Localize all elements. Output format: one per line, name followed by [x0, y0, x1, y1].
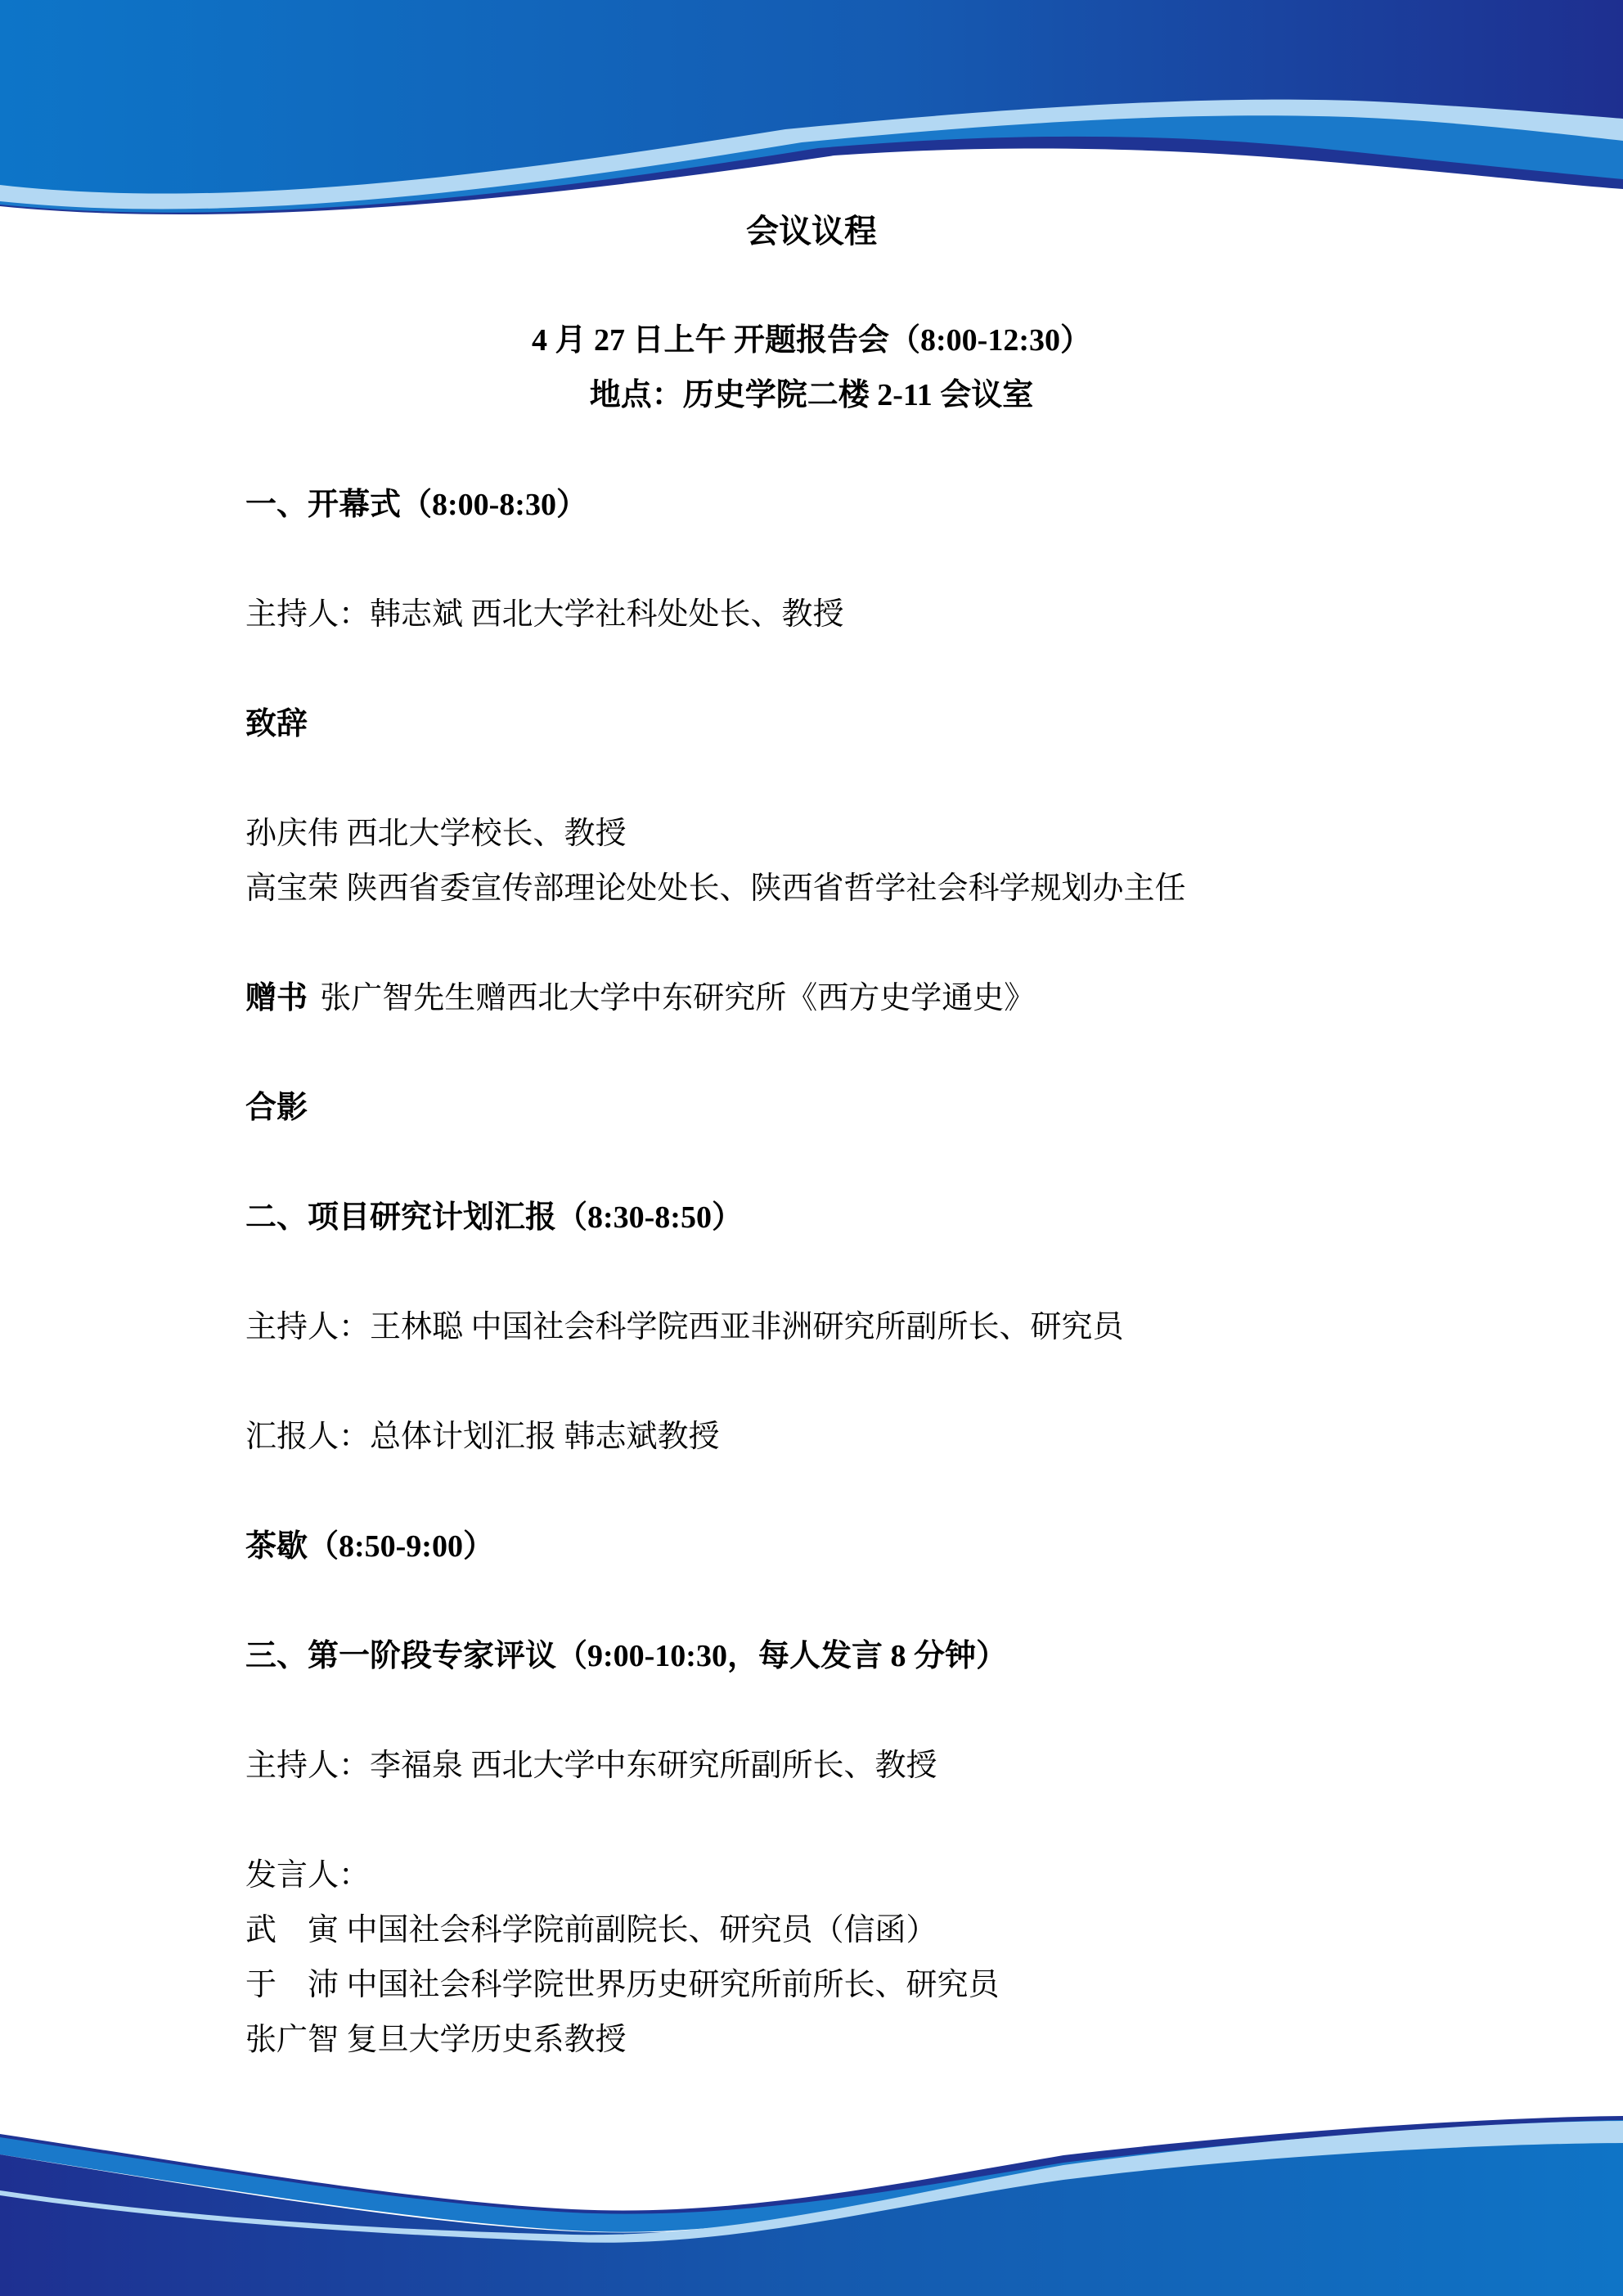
bottom-wave-medium-band — [0, 2120, 1623, 2232]
gift-label: 赠书 — [245, 981, 308, 1015]
speakers-label: 发言人： — [245, 1848, 1378, 1903]
top-wave-medium-band — [0, 0, 1623, 213]
agenda-content: 会议议程 4 月 27 日上午 开题报告会（8:00-12:30） 地点：历史学… — [245, 204, 1378, 2068]
agenda-document-page: 会议议程 4 月 27 日上午 开题报告会（8:00-12:30） 地点：历史学… — [0, 0, 1623, 2296]
bottom-wave-light-band — [0, 2121, 1623, 2243]
speech-label: 致辞 — [245, 697, 1378, 752]
section-1-host: 主持人：韩志斌 西北大学社科处处长、教授 — [245, 588, 1378, 642]
photo-label: 合影 — [245, 1081, 1378, 1136]
section-3-host: 主持人：李福泉 西北大学中东研究所副所长、教授 — [245, 1739, 1378, 1794]
top-wave-light-band — [0, 0, 1623, 209]
speaker-3: 张广智 复旦大学历史系教授 — [245, 2013, 1378, 2068]
top-wave-main — [0, 0, 1623, 194]
bottom-wave-under-navy — [0, 2116, 1623, 2217]
section-2-heading: 二、项目研究计划汇报（8:30-8:50） — [245, 1191, 1378, 1245]
section-2-host: 主持人：王林聪 中国社会科学院西亚非洲研究所副所长、研究员 — [245, 1300, 1378, 1355]
top-wave-under-navy — [0, 0, 1623, 214]
page-title: 会议议程 — [245, 204, 1378, 259]
gift-line: 赠书张广智先生赠西北大学中东研究所《西方史学通史》 — [245, 971, 1378, 1026]
tea-break-label: 茶歇（8:50-9:00） — [245, 1519, 1378, 1574]
section-2-reporter: 汇报人：总体计划汇报 韩志斌教授 — [245, 1410, 1378, 1465]
section-1-heading: 一、开幕式（8:00-8:30） — [245, 478, 1378, 533]
bottom-wave-decoration — [0, 2034, 1623, 2296]
speech-speaker-1: 孙庆伟 西北大学校长、教授 — [245, 807, 1378, 862]
speaker-1: 武 寅 中国社会科学院前副院长、研究员（信函） — [245, 1903, 1378, 1958]
section-3-heading: 三、第一阶段专家评议（9:00-10:30，每人发言 8 分钟） — [245, 1629, 1378, 1684]
session-heading: 4 月 27 日上午 开题报告会（8:00-12:30） — [245, 313, 1378, 368]
speech-speaker-2: 高宝荣 陕西省委宣传部理论处处长、陕西省哲学社会科学规划办主任 — [245, 862, 1378, 916]
session-location: 地点：历史学院二楼 2-11 会议室 — [245, 368, 1378, 423]
speaker-2: 于 沛 中国社会科学院世界历史研究所前所长、研究员 — [245, 1958, 1378, 2013]
gift-text: 张广智先生赠西北大学中东研究所《西方史学通史》 — [320, 981, 1035, 1015]
bottom-wave-main — [0, 2142, 1623, 2296]
